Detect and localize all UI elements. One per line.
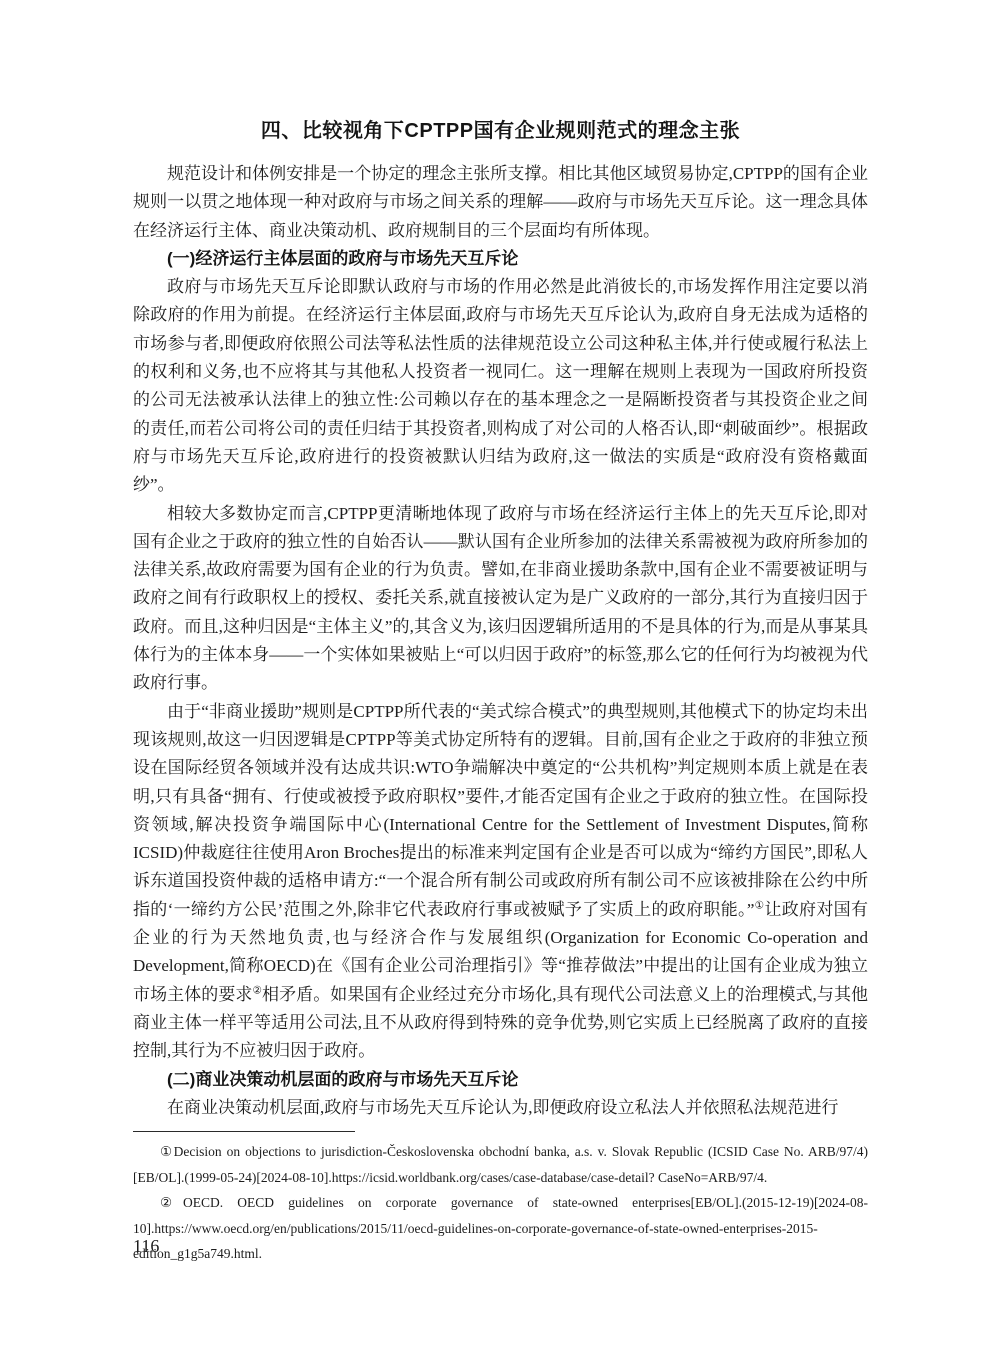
paragraph-4-text: 由于“非商业援助”规则是CPTPP所代表的“美式综合模式”的典型规则,其他模式下… xyxy=(133,702,868,919)
page-number: 116 xyxy=(133,1236,159,1257)
footnote-separator xyxy=(133,1131,355,1132)
footnote-1: ①Decision on objections to jurisdiction-… xyxy=(133,1139,868,1190)
footnote-reference-1: ① xyxy=(754,900,764,911)
subsection-heading-1: (一)经济运行主体层面的政府与市场先天互斥论 xyxy=(133,245,868,273)
article-body: 四、比较视角下CPTPP国有企业规则范式的理念主张 规范设计和体例安排是一个协定… xyxy=(133,118,868,1267)
subsection-heading-2: (二)商业决策动机层面的政府与市场先天互斥论 xyxy=(133,1066,868,1094)
document-page: 四、比较视角下CPTPP国有企业规则范式的理念主张 规范设计和体例安排是一个协定… xyxy=(0,0,1000,1347)
footnotes-section: ①Decision on objections to jurisdiction-… xyxy=(133,1131,868,1267)
paragraph-5: 在商业决策动机层面,政府与市场先天互斥论认为,即便政府设立私法人并依照私法规范进… xyxy=(133,1094,868,1122)
paragraph-3: 相较大多数协定而言,CPTPP更清晰地体现了政府与市场在经济运行主体上的先天互斥… xyxy=(133,500,868,698)
section-title: 四、比较视角下CPTPP国有企业规则范式的理念主张 xyxy=(133,118,868,144)
paragraph-intro: 规范设计和体例安排是一个协定的理念主张所支撑。相比其他区域贸易协定,CPTPP的… xyxy=(133,160,868,245)
footnote-reference-2: ② xyxy=(253,985,263,996)
paragraph-2: 政府与市场先天互斥论即默认政府与市场的作用必然是此消彼长的,市场发挥作用注定要以… xyxy=(133,273,868,499)
footnote-2: ②OECD. OECD guidelines on corporate gove… xyxy=(133,1190,868,1267)
paragraph-4: 由于“非商业援助”规则是CPTPP所代表的“美式综合模式”的典型规则,其他模式下… xyxy=(133,698,868,1066)
